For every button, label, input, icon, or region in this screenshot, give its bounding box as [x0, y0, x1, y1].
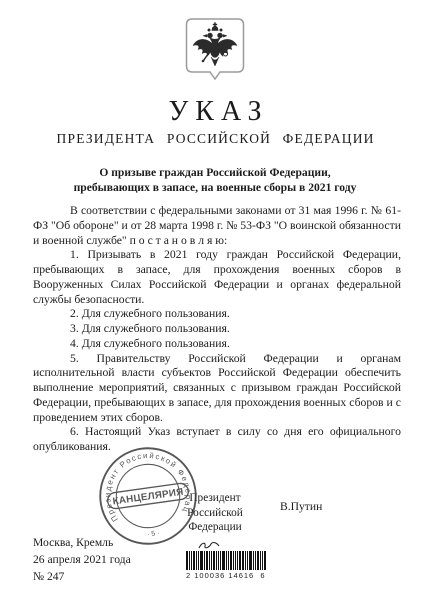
paragraph-item-1: 1. Призывать в 2021 году граждан Российс… [33, 248, 401, 307]
handwritten-mark-icon [198, 541, 220, 550]
signature-title: Президент Российской Федерации [160, 491, 270, 535]
decree-document-page: УКАЗ ПРЕЗИДЕНТА РОССИЙСКОЙ ФЕДЕРАЦИИ О п… [0, 0, 430, 591]
signature-name: В.Путин [280, 500, 322, 513]
paragraph-item-5: 5. Правительству Российской Федерации и … [33, 352, 401, 426]
decree-title-line2: пребывающих в запасе, на военные сборы в… [0, 181, 430, 196]
decree-body: В соответствии с федеральными законами о… [33, 204, 401, 455]
signature-title-line2: Российской Федерации [160, 506, 270, 535]
decree-footer: Москва, Кремль 26 апреля 2021 года № 247 [33, 535, 131, 585]
barcode-digits: 2 100036 14616 6 [186, 571, 264, 580]
barcode-block: 2 100036 14616 6 [186, 541, 266, 580]
paragraph-item-6: 6. Настоящий Указ вступает в силу со дня… [33, 425, 401, 455]
barcode [186, 551, 264, 570]
paragraph-item-2: 2. Для служебного пользования. [33, 307, 401, 322]
authority-heading: ПРЕЗИДЕНТА РОССИЙСКОЙ ФЕДЕРАЦИИ [0, 131, 430, 147]
footer-place: Москва, Кремль [33, 535, 131, 552]
stamp-bottom-number: · 5 · [147, 529, 161, 539]
paragraph-item-4: 4. Для служебного пользования. [33, 337, 401, 352]
footer-date: 26 апреля 2021 года [33, 552, 131, 569]
decree-title: О призыве граждан Российской Федерации, … [0, 166, 430, 195]
signature-title-line1: Президент [160, 491, 270, 506]
decree-title-line1: О призыве граждан Российской Федерации, [0, 166, 430, 181]
doc-type-heading: УКАЗ [0, 97, 430, 127]
paragraph-preamble: В соответствии с федеральными законами о… [33, 204, 401, 248]
russian-coat-of-arms-icon [185, 17, 245, 85]
paragraph-item-3: 3. Для служебного пользования. [33, 322, 401, 337]
footer-number: № 247 [33, 569, 131, 586]
